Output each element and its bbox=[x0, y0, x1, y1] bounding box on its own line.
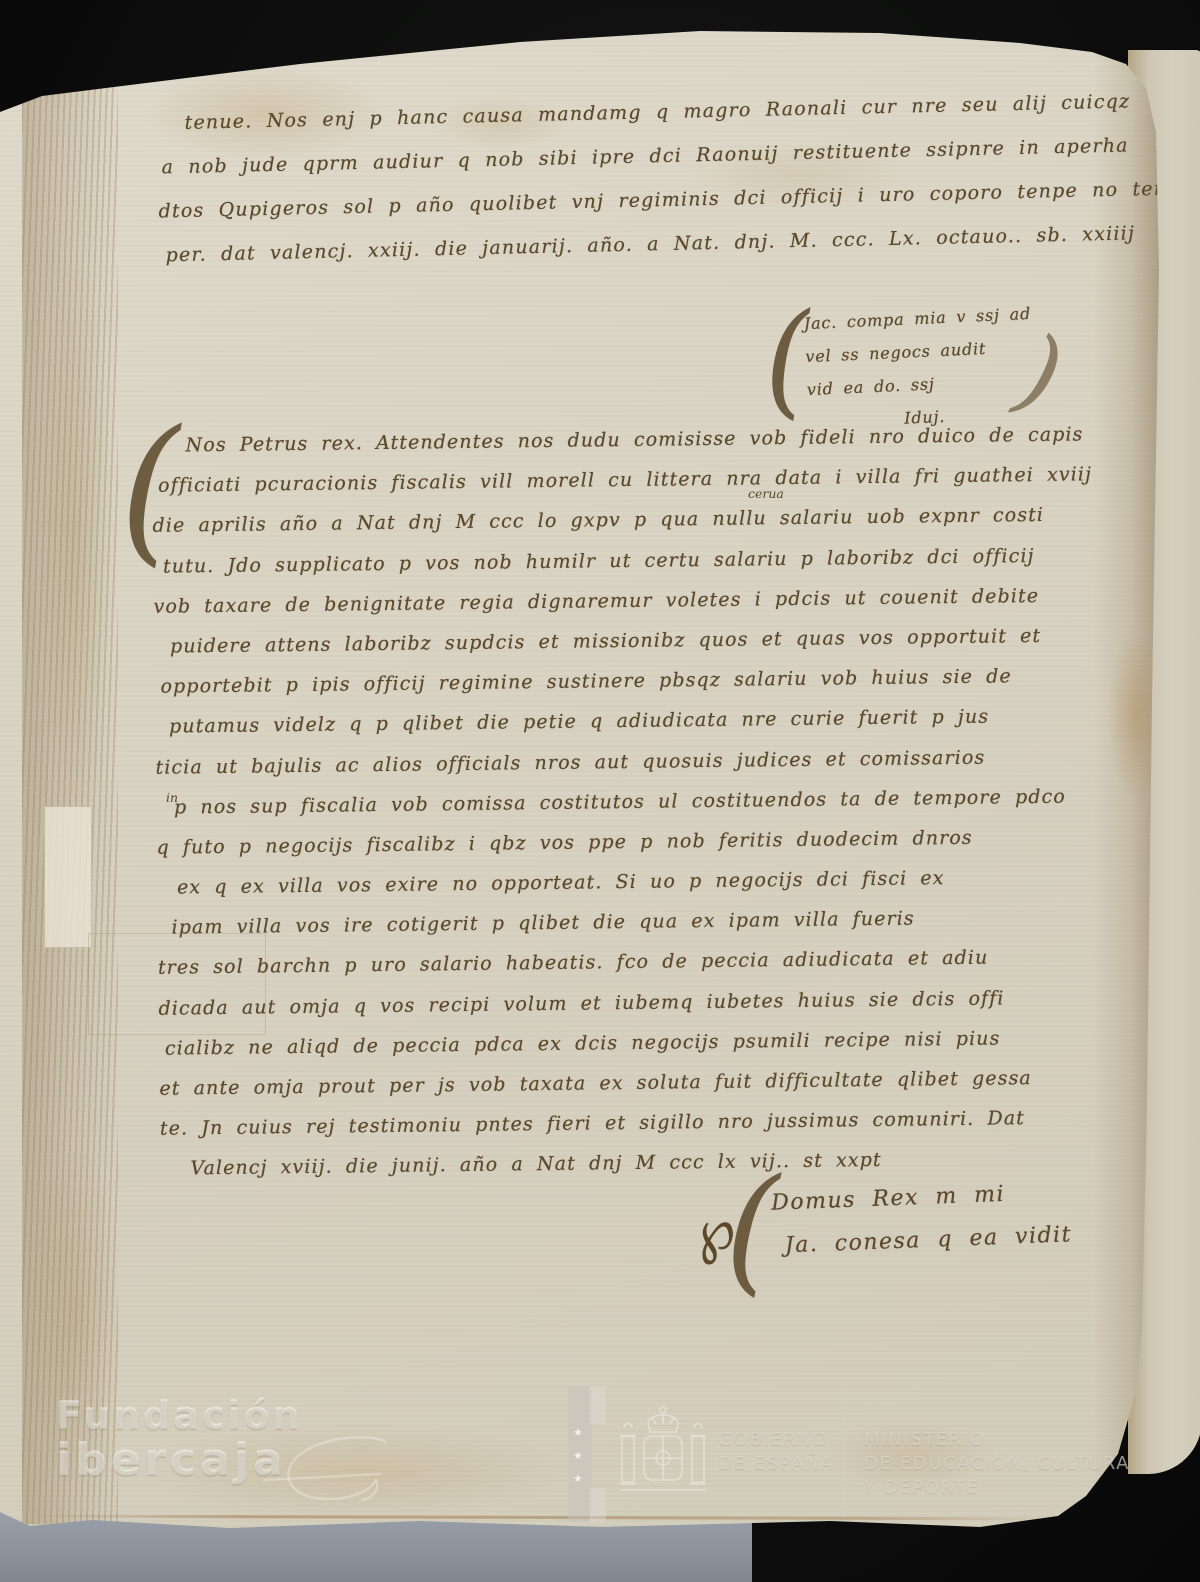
gutter-repair-patch bbox=[44, 806, 92, 948]
book-gutter bbox=[22, 84, 118, 1525]
watermark-divider bbox=[844, 1390, 846, 1518]
star-icon: ★ bbox=[573, 1472, 583, 1485]
flag-bar-tab bbox=[590, 1386, 606, 1424]
star-icon: ★ bbox=[573, 1449, 583, 1462]
manuscript-page: tenue. Nos enj p hanc causa mandamg q ma… bbox=[0, 0, 1162, 1582]
signature-block: Domus Rex m mi Ja. conesa q ea vidit bbox=[770, 1170, 1072, 1267]
page-bottom-edge bbox=[34, 1515, 1064, 1521]
star-icon: ★ bbox=[573, 1426, 583, 1439]
interlinear-correction: in bbox=[166, 790, 178, 805]
interlinear-word: cerua bbox=[748, 486, 784, 501]
body-text-block: Nos Petrus rex. Attendentes nos dudu com… bbox=[151, 414, 1100, 1189]
flag-bar-tab bbox=[590, 1488, 606, 1522]
manuscript-photo: tenue. Nos enj p hanc causa mandamg q ma… bbox=[0, 0, 1200, 1582]
spain-coat-of-arms-icon bbox=[614, 1402, 712, 1512]
opening-text-block: tenue. Nos enj p hanc causa mandamg q ma… bbox=[156, 79, 1174, 278]
stain bbox=[150, 1424, 570, 1519]
stain bbox=[830, 1420, 990, 1490]
